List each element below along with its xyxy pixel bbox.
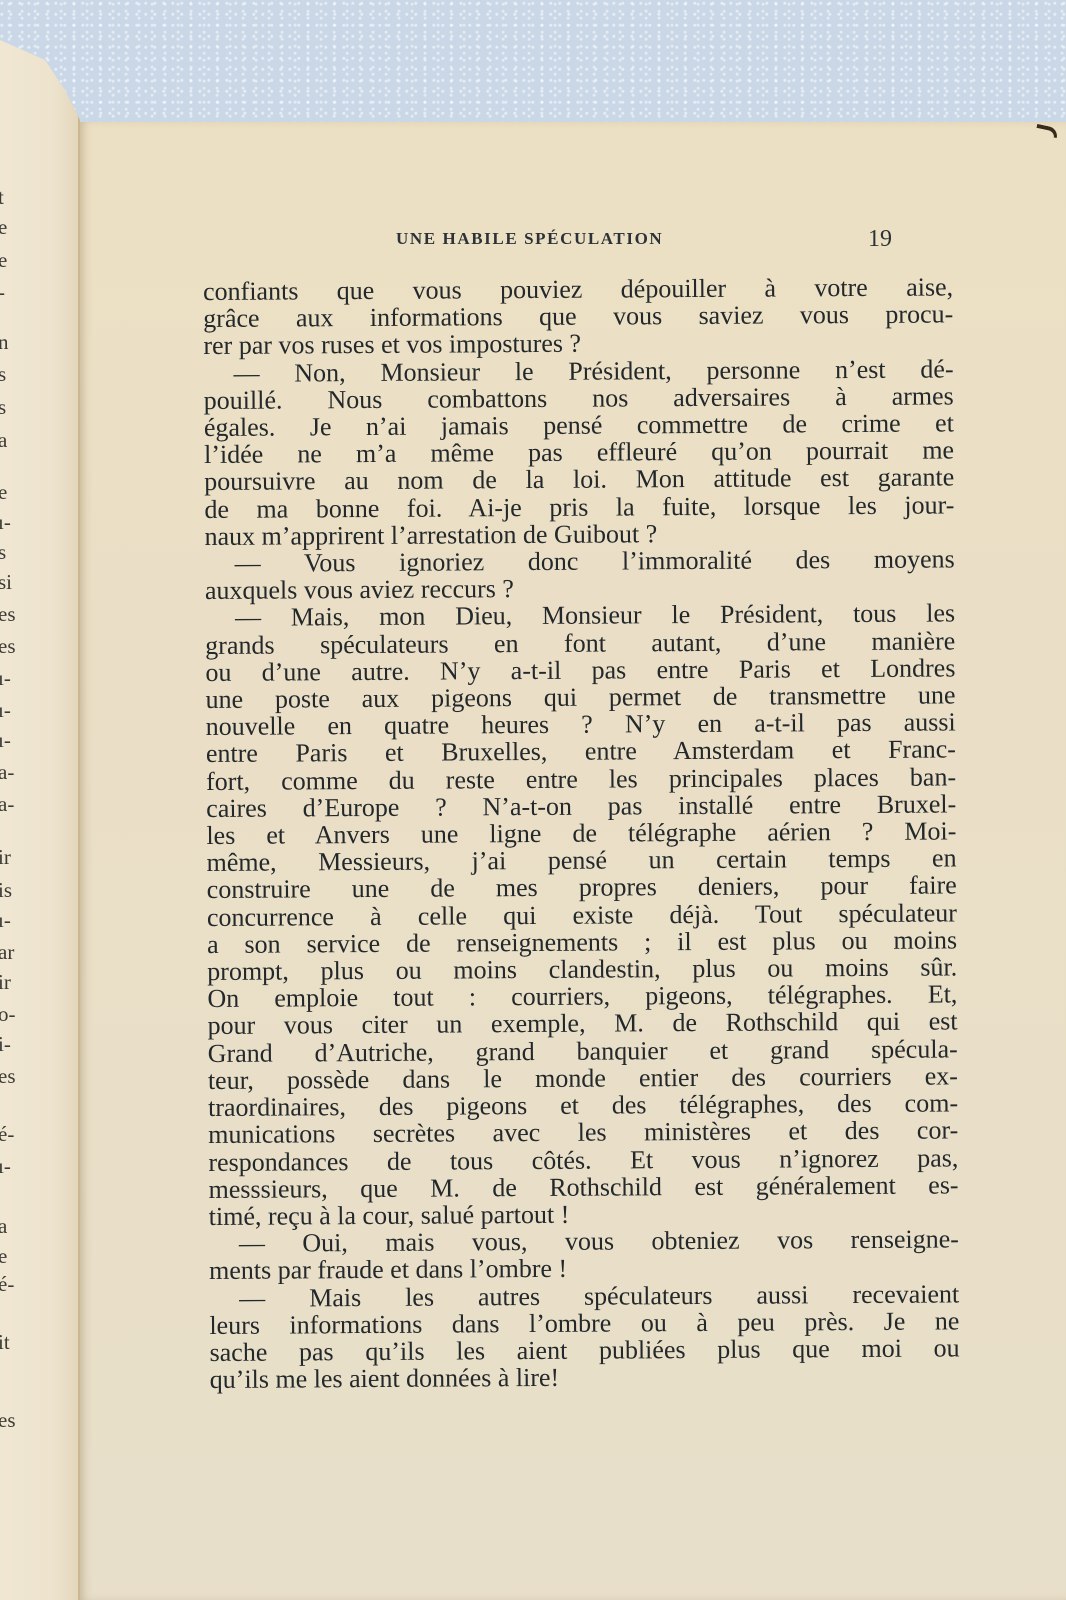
left-page-fragment: it bbox=[0, 1330, 10, 1355]
text-line: de ma bonne foi. Ai-je pris la fuite, lo… bbox=[204, 491, 954, 523]
page-number: 19 bbox=[868, 226, 892, 253]
left-page-fragment: ı- bbox=[0, 510, 11, 535]
left-page-fragment: s bbox=[0, 540, 6, 565]
left-page-fragment: e bbox=[0, 248, 7, 273]
body-text: confiants que vous pouviez dépouiller à … bbox=[203, 273, 960, 1393]
left-page-fragment: ir bbox=[0, 970, 11, 995]
left-page-fragment: ı- bbox=[0, 698, 11, 723]
left-page-fragment: es bbox=[0, 1408, 16, 1433]
left-page-fragment: é- bbox=[0, 1122, 14, 1147]
left-page-fragment: o- bbox=[0, 1002, 16, 1027]
text-line: — Oui, mais vous, vous obteniez vos rens… bbox=[209, 1226, 959, 1258]
left-page-fragment: e bbox=[0, 480, 7, 505]
text-line: qu’ils me les aient données à lire! bbox=[210, 1362, 960, 1394]
left-page-fragment: - bbox=[0, 280, 5, 305]
left-page-fragment: es bbox=[0, 1064, 16, 1089]
text-line: grâce aux informations que vous saviez v… bbox=[203, 301, 953, 333]
left-page-fragment: n bbox=[0, 330, 9, 355]
text-line: sache pas qu’ils les aient publiées plus… bbox=[209, 1334, 959, 1366]
left-page-fragment: e bbox=[0, 1244, 7, 1269]
left-page-fragment: es bbox=[0, 634, 16, 659]
left-page-fragment: t bbox=[0, 185, 4, 210]
left-page-fragment: es bbox=[0, 602, 16, 627]
left-page: tee-nssaeı-ssiesesı-ı-ı-a-a-irisı-ariro-… bbox=[0, 40, 80, 1600]
text-line: — Vous ignoriez donc l’immoralité des mo… bbox=[205, 545, 955, 577]
left-page-fragment: i- bbox=[0, 1032, 11, 1057]
left-page-fragment: ı- bbox=[0, 1154, 11, 1179]
left-page-fragment: s bbox=[0, 395, 6, 420]
left-page-fragment: a- bbox=[0, 760, 14, 785]
left-page-fragment: ı- bbox=[0, 666, 11, 691]
left-page-fragment: ı- bbox=[0, 728, 11, 753]
left-page-fragment: ir bbox=[0, 845, 11, 870]
left-page-fragment: si bbox=[0, 570, 12, 595]
left-page-fragment: ar bbox=[0, 940, 14, 965]
left-page-fragment: a- bbox=[0, 792, 14, 817]
left-page-fragment: s bbox=[0, 362, 6, 387]
running-head: UNE HABILE SPÉCULATION bbox=[396, 229, 663, 249]
text-line: messsieurs, que M. de Rothschild est gén… bbox=[208, 1171, 958, 1203]
left-page-fragment: is bbox=[0, 878, 12, 903]
left-page-fragment: a bbox=[0, 428, 7, 453]
left-page-fragment: ı- bbox=[0, 908, 11, 933]
left-page-fragment: é- bbox=[0, 1272, 14, 1297]
left-page-fragment: e bbox=[0, 215, 7, 240]
left-page-fragment: a bbox=[0, 1214, 7, 1239]
